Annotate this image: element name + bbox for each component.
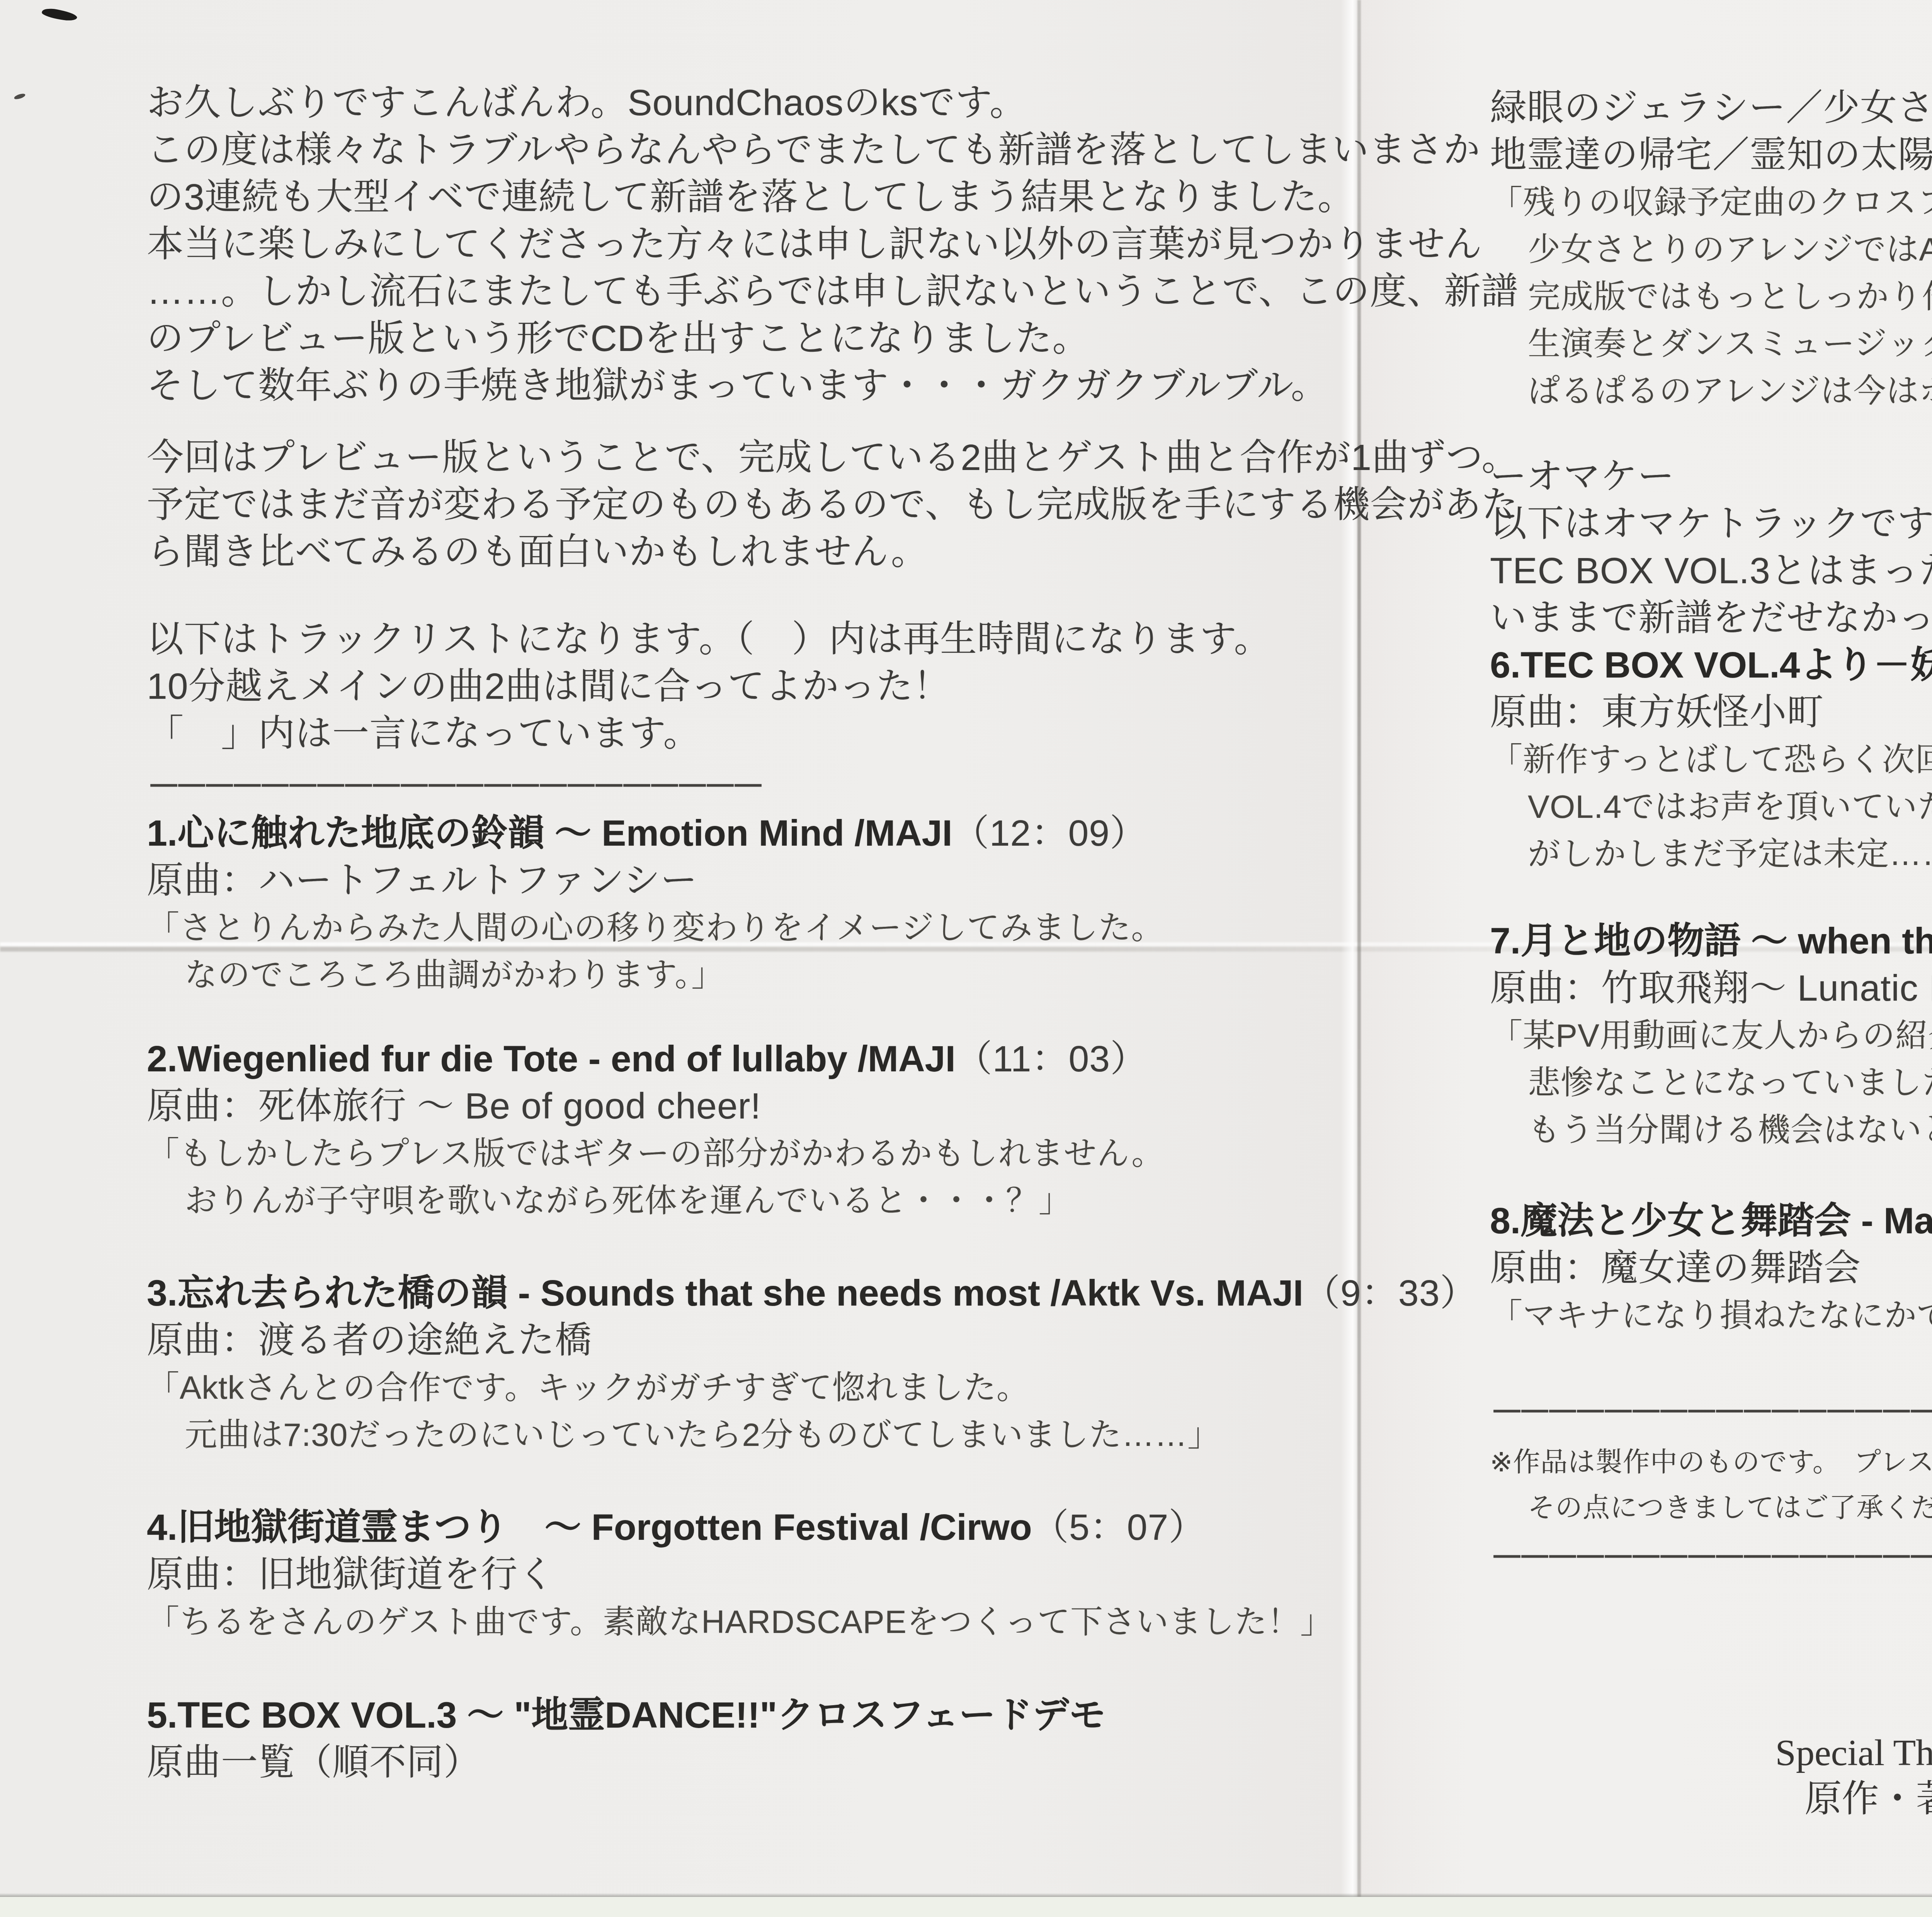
track-comment: 「もしかしたらプレス版ではギターの部分がかわるかもしれません。: [147, 1130, 1329, 1177]
disclaimer-line: ※作品は製作中のものです。 プレス版では若干ないし、大幅に音や内容が変更される場…: [1490, 1439, 1932, 1485]
tracklist-note-paragraph: 以下はトラックリストになります。（ ）内は再生時間になります。 10分越えメイン…: [147, 616, 1329, 757]
track-time: （11：03）: [956, 1039, 1147, 1079]
credit-url: URL：http://soundchaos.symphonic-net.com/: [1490, 1684, 1932, 1730]
track-title-text: 5.TEC BOX VOL.3 ～ "地霊DANCE!!"クロスフェードデモ: [147, 1695, 1106, 1736]
track-comment: 「Aktkさんとの合作です。キックがガチすぎて惚れました。: [147, 1364, 1329, 1411]
track-origin: 原曲一覧（順不同）: [147, 1739, 1329, 1786]
track-title: 3.忘れ去られた橋の韻 - Sounds that she needs most…: [147, 1270, 1329, 1317]
track-title: 7.月と地の物語 ～ when the full moon rises: [1490, 918, 1932, 965]
right-column: 緑眼のジェラシー／少女さとり ～ 3rd eye／ 地霊達の帰宅／霊知の太陽信仰…: [1490, 84, 1932, 1822]
track-entry: 8.魔法と少女と舞踏会 - Magical Dance! 原曲：魔女達の舞踏会 …: [1490, 1197, 1932, 1339]
track-comment: もう当分聞ける機会はないとおもうので思い切って収録してみました。」: [1490, 1106, 1932, 1153]
track-title: 6.TEC BOX VOL.4より－妖怪Jump! Demo version－（…: [1490, 642, 1932, 689]
track-comment: がしかしまだ予定は未定……。」: [1490, 830, 1932, 877]
crossfade-comment: 完成版ではもっとしっかり作りこんだ状態で演奏していただけるとか！: [1490, 273, 1932, 320]
omake-line: TEC BOX VOL.3とはまったく関係ありません。: [1490, 547, 1932, 594]
track-origin: 原曲：ハートフェルトファンシー: [147, 857, 1329, 904]
track-title-text: 3.忘れ去られた橋の韻 - Sounds that she needs most…: [147, 1273, 1303, 1314]
omake-section: ーオマケー 以下はオマケトラックです。 TEC BOX VOL.3とはまったく関…: [1490, 453, 1932, 642]
credit-author: 作った人：MAJI（SoundChaos）: [1490, 1592, 1932, 1638]
track-time: （5：07）: [1032, 1507, 1206, 1548]
track-comment: 元曲は7:30だったのにいじっていたら2分ものびてしまいました……」: [147, 1411, 1329, 1458]
crossfade-comment: 「残りの収録予定曲のクロスフェードになっています。: [1490, 179, 1932, 226]
credit-copyright: 原作・著作：東方Project／ZUN（上海アリス幻樂団）: [1490, 1776, 1932, 1822]
tracklist-note-line: 以下はトラックリストになります。（ ）内は再生時間になります。: [147, 616, 1329, 663]
dashed-separator: －－－－－－－－－－－－－－－－－－－－－－: [1490, 1388, 1932, 1435]
crossfade-comment: ぱるぱるのアレンジは今はボカロですが、プレス版では知人に歌って頂ける予定です。」: [1490, 367, 1932, 414]
credit-contact: 連絡先：sound_chaos@gray.plala.or.jp: [1490, 1638, 1932, 1684]
track-entry: 6.TEC BOX VOL.4より－妖怪Jump! Demo version－（…: [1490, 642, 1932, 877]
disclaimer-section: ※作品は製作中のものです。 プレス版では若干ないし、大幅に音や内容が変更される場…: [1490, 1439, 1932, 1531]
tracklist-note-line: 10分越えメインの曲2曲は間に合ってよかった！: [147, 663, 1329, 710]
dashed-separator: －－－－－－－－－－－－－－－－－－－－－－: [1490, 1534, 1932, 1581]
track-entry: 2.Wiegenlied fur die Tote - end of lulla…: [147, 1035, 1329, 1224]
track-title-text: 1.心に触れた地底の鈴韻 ～ Emotion Mind /MAJI: [147, 813, 952, 854]
track-title: 4.旧地獄街道霊まつり ～ Forgotten Festival /Cirwo（…: [147, 1504, 1329, 1551]
left-column: お久しぶりですこんばんわ。SoundChaosのksです。 この度は様々なトラブ…: [147, 79, 1329, 1786]
track-origin: 原曲：竹取飛翔～ Lunatic Princess: [1490, 965, 1932, 1012]
track-comment: 「ちるをさんのゲスト曲です。素敵なHARDSCAPEをつくって下さいました！」: [147, 1598, 1329, 1645]
track-time: （9：33）: [1303, 1273, 1477, 1314]
track-title-text: 2.Wiegenlied fur die Tote - end of lulla…: [147, 1039, 956, 1079]
track-origin: 原曲：旧地獄街道を行く: [147, 1551, 1329, 1598]
track-comment: 悲惨なことになっていましたが……、まさかあんなことになっているなんて……。: [1490, 1059, 1932, 1106]
tracklist-note-line: 「 」内は一言になっています。: [147, 710, 1329, 757]
dashed-separator: －－－－－－－－－－－－－－－－－－－－－－: [147, 763, 1329, 810]
track-entry: 3.忘れ去られた橋の韻 - Sounds that she needs most…: [147, 1270, 1329, 1458]
intro-line: この度は様々なトラブルやらなんやらでまたしても新譜を落としてしまいまさか: [147, 126, 1329, 174]
intro-line: ……。しかし流石にまたしても手ぶらでは申し訳ないということで、この度、新譜: [147, 268, 1329, 315]
track-origin: 原曲：東方妖怪小町: [1490, 689, 1932, 736]
track-entry: 4.旧地獄街道霊まつり ～ Forgotten Festival /Cirwo（…: [147, 1504, 1329, 1645]
intro-line: のプレビュー版という形でCDを出すことになりました。: [147, 315, 1329, 362]
track-entry: 7.月と地の物語 ～ when the full moon rises 原曲：竹…: [1490, 918, 1932, 1153]
origin-list-line: 緑眼のジェラシー／少女さとり ～ 3rd eye／: [1490, 84, 1932, 131]
intro-line: の3連続も大型イベで連続して新譜を落としてしまう結果となりました。: [147, 174, 1329, 221]
crossfade-comment: 生演奏とダンスミュージックのフリーダムなコラボ、まだまだ始まったばかりです。: [1490, 320, 1932, 367]
preview-note-paragraph: 今回はプレビュー版ということで、完成している2曲とゲスト曲と合作が1曲ずつ。 予…: [147, 434, 1329, 575]
intro-line: 本当に楽しみにしてくださった方々には申し訳ない以外の言葉が見つかりません: [147, 221, 1329, 268]
scanned-liner-notes: お久しぶりですこんばんわ。SoundChaosのksです。 この度は様々なトラブ…: [0, 0, 1932, 1917]
track-title-text: 4.旧地獄街道霊まつり ～ Forgotten Festival /Cirwo: [147, 1507, 1032, 1548]
preview-note-line: 今回はプレビュー版ということで、完成している2曲とゲスト曲と合作が1曲ずつ。: [147, 434, 1329, 481]
disclaimer-line: その点につきましてはご了承ください。: [1490, 1485, 1932, 1531]
track-origin: 原曲：魔女達の舞踏会: [1490, 1245, 1932, 1292]
crossfade-comment: 少女さとりのアレンジではA-HEADの“秋時”さんにギターを演奏してもらっていま…: [1490, 226, 1932, 273]
track-comment: 「新作すっとばして恐らく次回作になるであろうTEC BOX VOL.4からです。: [1490, 736, 1932, 783]
omake-header: ーオマケー: [1490, 453, 1932, 500]
track-title: 8.魔法と少女と舞踏会 - Magical Dance!: [1490, 1197, 1932, 1245]
track-comment: なのでころころ曲調がかわります。」: [147, 951, 1329, 998]
track-comment: おりんが子守唄を歌いながら死体を運んでいると・・・？」: [147, 1177, 1329, 1224]
track-title: 1.心に触れた地底の鈴韻 ～ Emotion Mind /MAJI（12：09）: [147, 810, 1329, 857]
track-time: （12：09）: [952, 813, 1147, 854]
track-entry: 5.TEC BOX VOL.3 ～ "地霊DANCE!!"クロスフェードデモ 原…: [147, 1692, 1329, 1786]
track-origin: 原曲：渡る者の途絶えた橋: [147, 1317, 1329, 1364]
origin-list-line: 地霊達の帰宅／霊知の太陽信仰 ～ Nuclear Fusion: [1490, 131, 1932, 179]
paper-bottom-edge: [0, 1893, 1932, 1897]
intro-line: お久しぶりですこんばんわ。SoundChaosのksです。: [147, 79, 1329, 126]
omake-line: 以下はオマケトラックです。: [1490, 500, 1932, 547]
credits-block: 作った人：MAJI（SoundChaos） 連絡先：sound_chaos@gr…: [1490, 1592, 1932, 1822]
omake-line: いままで新譜をだせなかったお詫びを兼ねたオマケです。: [1490, 594, 1932, 642]
preview-note-line: ら聞き比べてみるのも面白いかもしれません。: [147, 528, 1329, 575]
preview-note-line: 予定ではまだ音が変わる予定のものもあるので、もし完成版を手にする機会があた: [147, 481, 1329, 528]
track-title: 5.TEC BOX VOL.3 ～ "地霊DANCE!!"クロスフェードデモ: [147, 1692, 1329, 1739]
credit-special-thanks: Special Thanks：秋時（A-HEAD）／Cirwo（C9）／Aktk: [1490, 1730, 1932, 1776]
track-origin: 原曲：死体旅行 ～ Be of good cheer!: [147, 1083, 1329, 1130]
track-comment: 「マキナになり損ねたなにかです。マキナの人へささげる。」: [1490, 1292, 1932, 1339]
track-comment: 「さとりんからみた人間の心の移り変わりをイメージしてみました。: [147, 904, 1329, 951]
scanner-background: [0, 1897, 1932, 1917]
track-comment: 「某PV用動画に友人からの紹介で寄稿した作品です。: [1490, 1012, 1932, 1059]
intro-line: そして数年ぶりの手焼き地獄がまっています・・・ガクガクブルブル。: [147, 362, 1329, 409]
track-entry: 1.心に触れた地底の鈴韻 ～ Emotion Mind /MAJI（12：09）…: [147, 810, 1329, 998]
track-title: 2.Wiegenlied fur die Tote - end of lulla…: [147, 1035, 1329, 1083]
track-comment: VOL.4ではお声を頂いていた永夜SAWの再販をかねた2を出す予定です。: [1490, 783, 1932, 830]
